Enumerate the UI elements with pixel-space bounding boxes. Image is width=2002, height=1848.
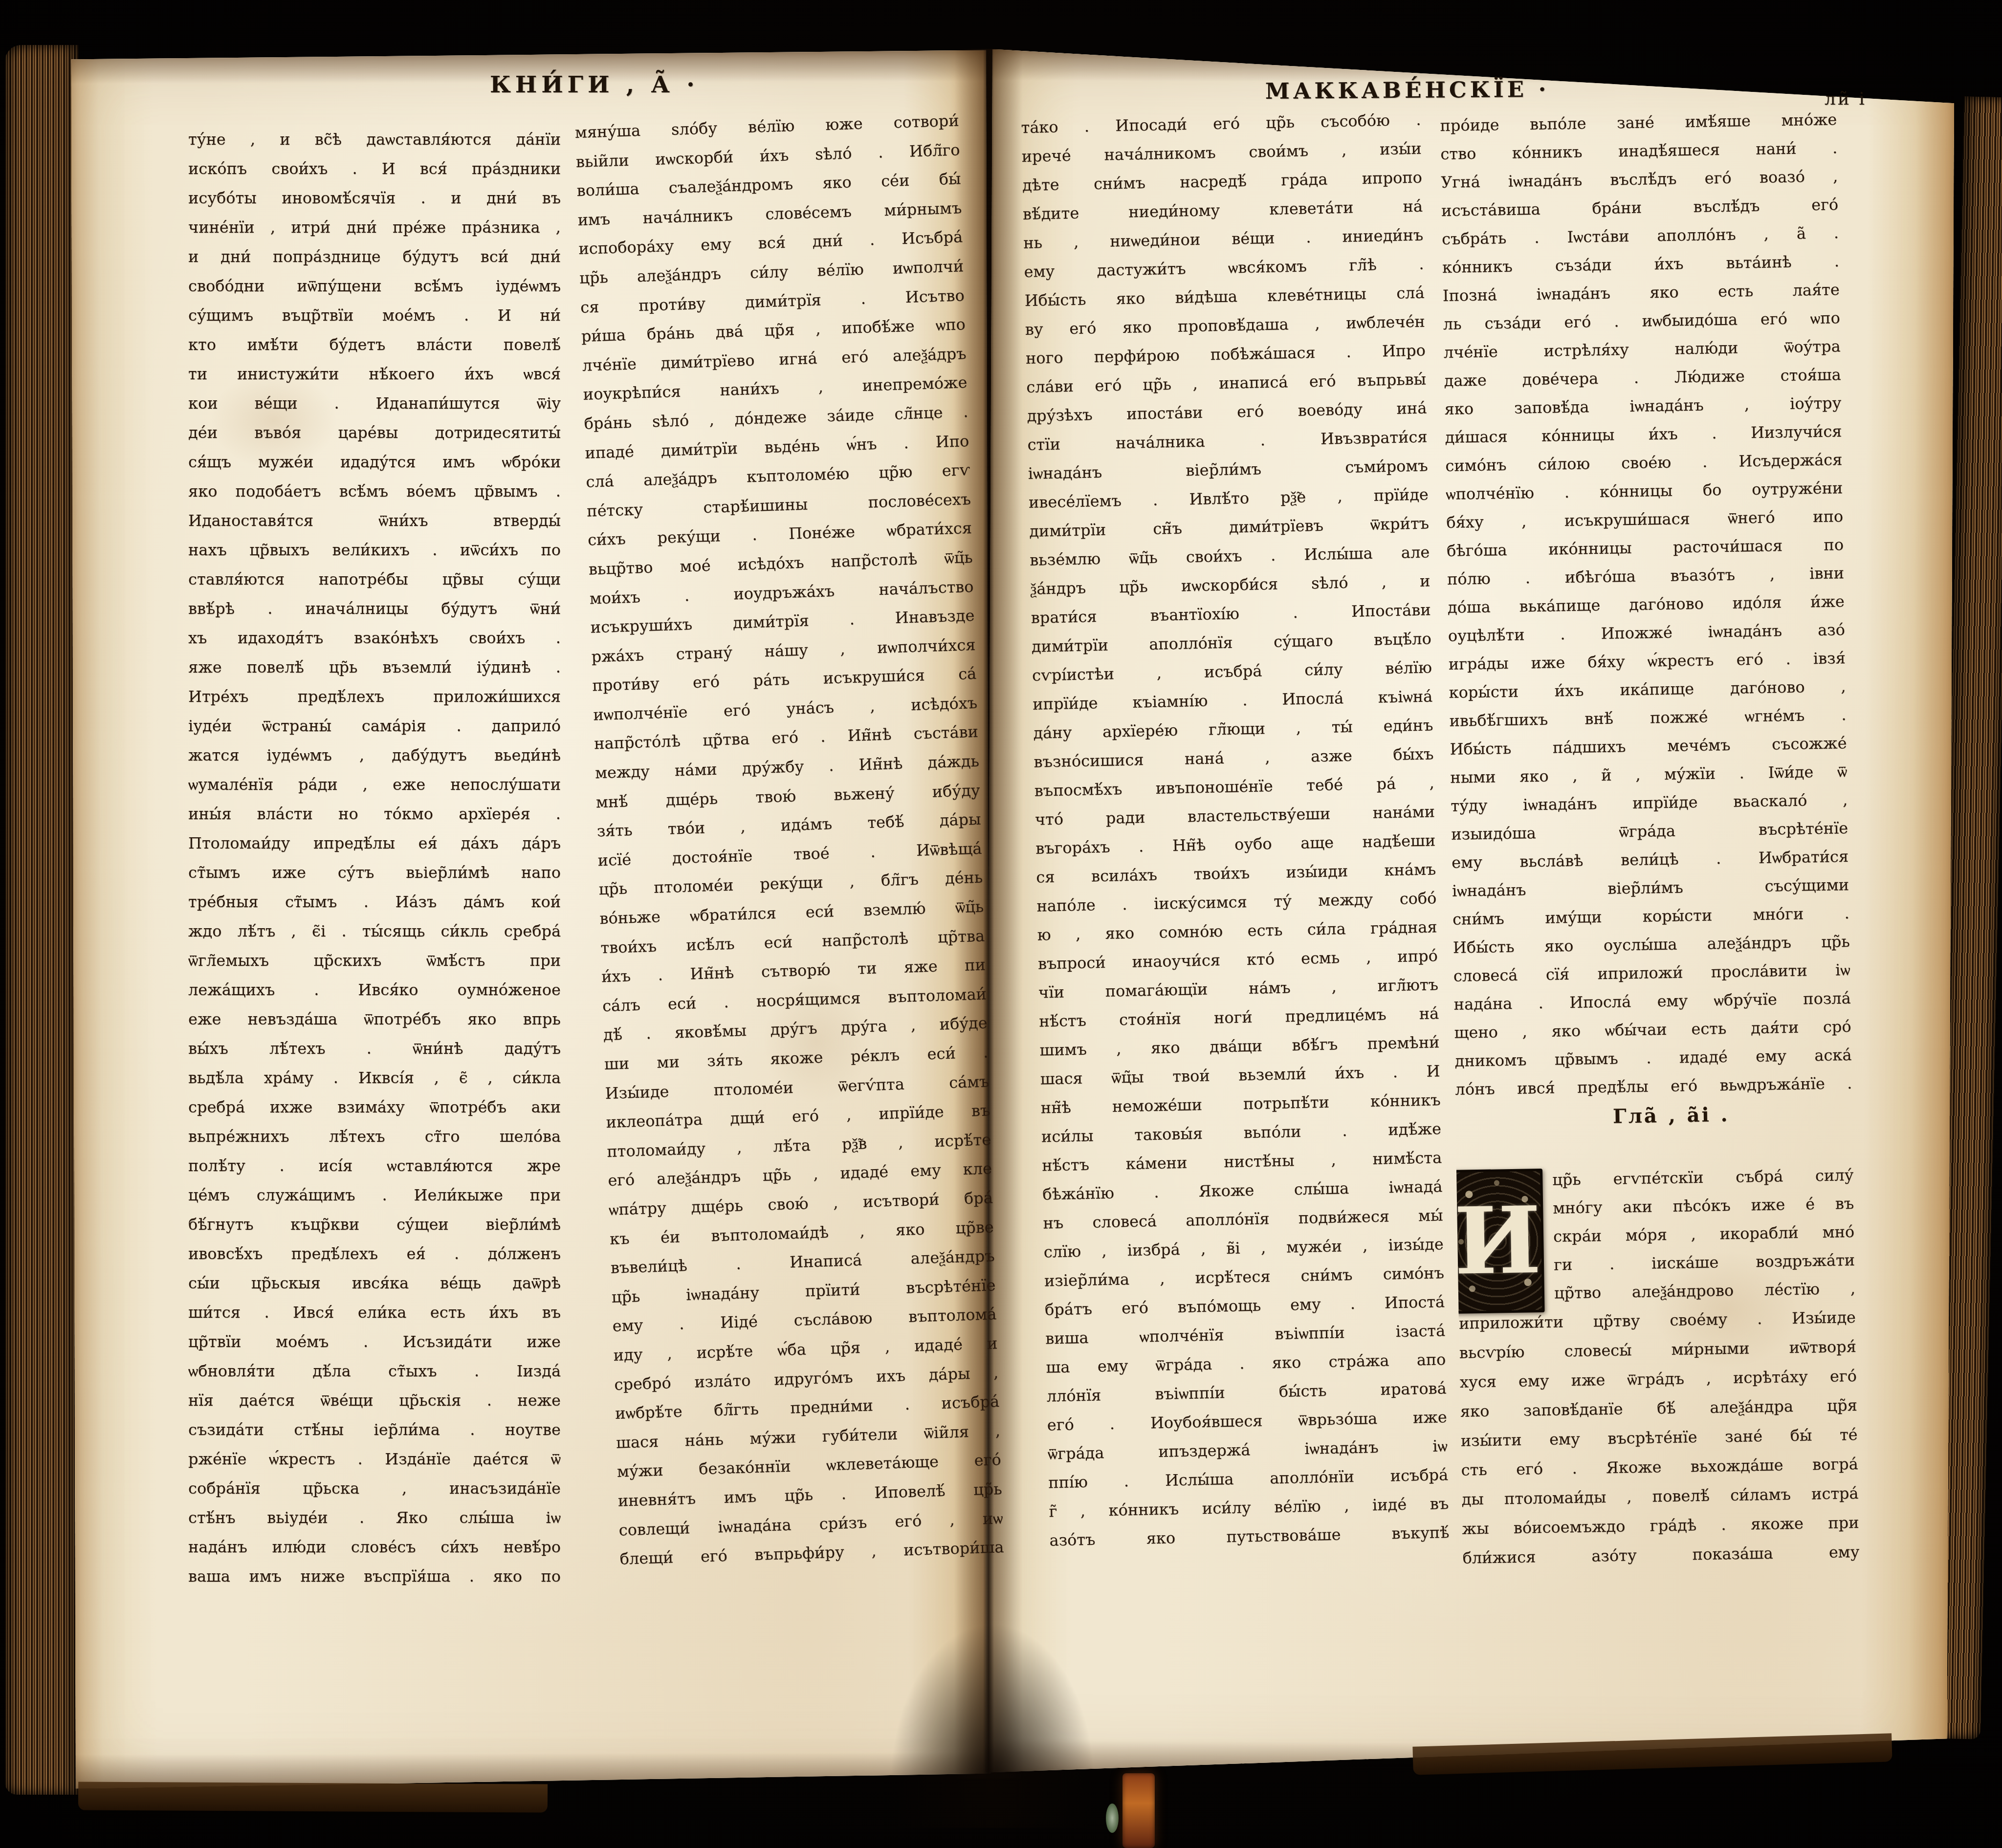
chapter-heading: Гла̃ , а̃і . — [1455, 1097, 1853, 1135]
text-line: нїя дае́тся ѿве́щи цр̃ьскія . неже — [188, 1386, 561, 1415]
text-line: Иданоставя́тся ѿни́хъ втверды́ — [188, 506, 561, 535]
text-line: яже повелѣ́ цр̃ь въземли́ іу́динѣ . — [188, 652, 561, 682]
clasp-glint — [1106, 1804, 1119, 1833]
column-4-lower-text: иприложи́ти цр̃тву свое́му . Изы́идевьсѵ… — [1458, 1303, 1859, 1573]
text-line: ѡбновля́ти дѣ́ла ст̃ыхъ . Іизда́ — [188, 1356, 561, 1386]
text-line: ши́тся . Ився́ ели́ка есть и́хъ въ — [188, 1298, 561, 1327]
running-title-right: МАККАВЕ́НСКЇЕ · — [1265, 76, 1550, 104]
column-4-chapter-opening: И цр̃ь егѵпе́тскїи събра́ силу́мно́гу ак… — [1456, 1161, 1855, 1309]
text-line: ти инистужи́ти нѣ́коего и́хъ ѡвся́ — [188, 359, 561, 389]
text-line: скра́и мо́ря , икорабли́ мно́ — [1553, 1218, 1855, 1251]
text-line: кои ве́щи . Иданапи́шутся ѿіу — [188, 389, 561, 418]
text-line: Итре́хъ предѣ́лехъ приложи́шихся — [188, 682, 561, 711]
text-column-3: та́ко . Ипосади́ его́ цр̃ь съсобо́ю .ире… — [1021, 106, 1450, 1555]
text-line: бли́жися азо́ту показа́ша ему — [1462, 1537, 1860, 1573]
text-line: собра́нїя цр̃ьска , инасъзида́нїе — [188, 1474, 561, 1503]
text-line: де́и въво́я царе́вы дотридесятиты́ — [188, 418, 561, 447]
text-line: лежа́щихъ . Ився́ко оумно́женое — [188, 975, 561, 1004]
running-title-left: КНИ́ГИ , А̃ · — [490, 71, 699, 98]
column-4-upper-text: про́иде вьпо́ле зане́ имѣ́яше мно́жество… — [1440, 105, 1852, 1104]
text-line: вьдѣ́ла хра́му . Иквсі́я , є̃ , си́кла — [188, 1063, 561, 1092]
text-line: ждо лѣ́тъ , є̃і . ты́сящь си́кль сребра́ — [188, 916, 561, 946]
text-line: съзида́ти стѣ́ны іер̃ли́ма . ноутве — [188, 1415, 561, 1444]
left-page-block-edge — [5, 45, 78, 1795]
text-line: и дни́ попра́зднице бу́дутъ вси́ дни́ — [188, 242, 561, 271]
text-line: хъ идаходя́тъ взако́нѣхъ свои́хъ . — [188, 623, 561, 652]
text-line: тре́бныя ст̃ымъ . Иа́зъ да́мъ кои́ — [188, 887, 561, 916]
text-line: цр̃твїи мое́мъ . Исъзида́ти иже — [188, 1327, 561, 1356]
text-line: цр̃ь егѵпе́тскїи събра́ силу́ — [1552, 1161, 1854, 1194]
text-line: вьпре́жнихъ лѣ́техъ ст̃го шело́ва — [188, 1122, 561, 1151]
text-line: це́мъ служа́щимъ . Иели́кыже при — [188, 1180, 561, 1210]
text-line: стѣ́нъ вьіуде́и . Яко слы́ша іѡ — [188, 1503, 561, 1532]
text-line: жатся іуде́ѡмъ , дабу́дутъ вьеди́нѣ — [188, 740, 561, 770]
text-line: нахъ цр̃выхъ вели́кихъ . иѿси́хъ по — [188, 535, 561, 565]
text-line: исубо́ты иновомѣ́сячїя . и дни́ въ — [188, 183, 561, 213]
text-line: ся́щъ муже́и идаду́тся имъ ѡбро́ки — [188, 447, 561, 477]
text-line: ивовсѣ́хъ предѣ́лехъ ея́ . до́лженъ — [188, 1239, 561, 1268]
text-line: су́щимъ въцр̃твїи мое́мъ . И ни́ — [188, 301, 561, 330]
text-line: ѡумале́нїя ра́ди , еже непослу́шати — [188, 770, 561, 799]
open-antique-book-photo: КНИ́ГИ , А̃ · МАККАВЕ́НСКЇЕ · ли̃ і ту́н… — [0, 0, 2002, 1848]
text-line: ст̃ымъ иже су́тъ вьіер̃ли́мѣ напо — [188, 858, 561, 887]
text-line: рже́нїе ѡ́крестъ . Изда́нїе дае́тся ѿ — [188, 1444, 561, 1474]
text-line: яко подоба́етъ всѣ́мъ во́емъ цр̃вымъ . — [188, 477, 561, 506]
binding-clasp — [1122, 1773, 1155, 1848]
initial-letter: И — [1453, 1195, 1542, 1288]
text-line: полѣ́ту . исі́я ѡставля́ются жре — [188, 1151, 561, 1180]
text-line: бѣ́гнутъ къцр̃кви су́щеи віер̃ли́мѣ — [188, 1210, 561, 1239]
text-line: ту́не , и вс̃ѣ даѡставля́ются да́нїи — [188, 125, 561, 154]
text-line: вы́хъ лѣ́техъ . ѿни́нѣ даду́тъ — [188, 1034, 561, 1063]
text-line: Птоломаи́ду ипредѣ́лы ея́ да́хъ да́ръ — [188, 828, 561, 858]
bottom-leaf-edges-left — [78, 1782, 548, 1812]
text-line: сребра́ ихже взима́ху ѿпотре́бъ аки — [188, 1092, 561, 1122]
text-line: сы́и цр̃ьскыя ився́ка ве́щь даѿрѣ — [188, 1268, 561, 1298]
text-line: мно́гу аки пѣсо́къ иже е́ въ — [1553, 1189, 1854, 1222]
text-line: нада́нъ илю́ди слове́съ си́хъ невѣ́ро — [188, 1532, 561, 1562]
text-column-4: про́иде вьпо́ле зане́ имѣ́яше мно́жество… — [1440, 105, 1860, 1572]
text-line: ѿгл̃емыхъ цр̃скихъ ѿмѣ́стъ при — [188, 946, 561, 975]
text-line: ставля́ются напотре́бы цр̃вы су́щи — [188, 565, 561, 594]
text-column-2: мяну́ша ѕло́бу ве́лїю юже сотвори́вьіи̃л… — [574, 106, 1004, 1574]
text-line: свобо́дни иѿпу́щени всѣ́мъ іуде́ѡмъ — [188, 271, 561, 301]
text-line: кто имѣ́ти бу́детъ вла́сти повелѣ́ — [188, 330, 561, 359]
text-line: іуде́и ѿстраны́ сама́рія . даприло́ — [188, 711, 561, 740]
text-column-1: ту́не , и вс̃ѣ даѡставля́ются да́нїииско… — [188, 125, 561, 1591]
text-line: цр̃тво алеѯа́ндрово ле́стїю , — [1554, 1274, 1856, 1307]
text-line: ги . іиска́ше воздръжа́ти — [1554, 1246, 1855, 1279]
text-line: ввѣ́рѣ . инача́лницы бу́дутъ ѿни́ — [188, 594, 561, 623]
ornamental-initial-woodcut: И — [1451, 1169, 1545, 1314]
text-line: еже невъзда́ша ѿпотре́бъ яко впрь — [188, 1004, 561, 1034]
text-line: ваша имъ ниже въспрїя́ша . яко по — [188, 1562, 561, 1591]
spine-bottom-shadow — [890, 1623, 1095, 1828]
text-line: иско́пъ свои́хъ . И вся́ пра́здники — [188, 154, 561, 183]
text-line: чине́нїи , итри́ дни́ пре́же пра́зника , — [188, 213, 561, 242]
text-line: ины́я вла́сти но то́кмо архїере́я . — [188, 799, 561, 828]
